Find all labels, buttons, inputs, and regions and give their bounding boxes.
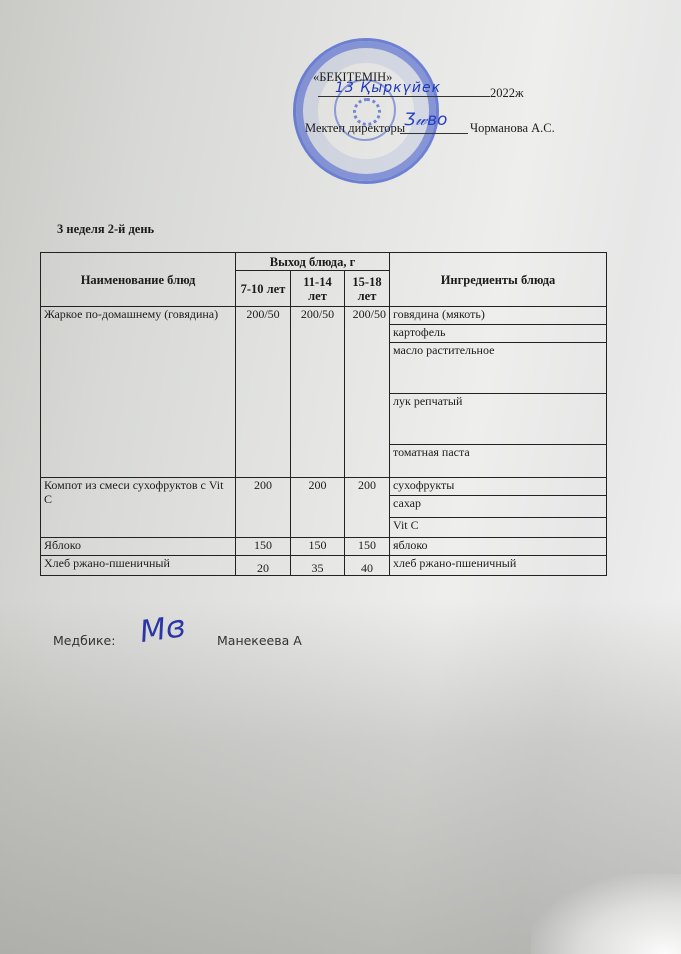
yield-15-18: 150 — [345, 538, 390, 556]
director-signature: Ʒ𝓌ʙo — [404, 110, 447, 130]
table-row: Компот из смеси сухофруктов с Vit C 200 … — [41, 478, 607, 496]
menu-table: Наименование блюд Выход блюда, г Ингреди… — [40, 252, 607, 576]
medic-name: Манекеева А — [217, 633, 302, 648]
ingredient: картофель — [390, 325, 607, 343]
yield-15-18: 200/50 — [345, 307, 390, 478]
approval-year: 2022ж — [490, 86, 524, 101]
dish-name: Яблоко — [41, 538, 236, 556]
yield-7-10: 200/50 — [236, 307, 291, 478]
header-age-11-14: 11-14 лет — [291, 271, 345, 307]
yield-7-10: 150 — [236, 538, 291, 556]
ingredient: говядина (мякоть) — [390, 307, 607, 325]
ingredient: сухофрукты — [390, 478, 607, 496]
dish-name: Компот из смеси сухофруктов с Vit C — [41, 478, 236, 538]
header-ingredients: Ингредиенты блюда — [390, 253, 607, 307]
yield-11-14: 150 — [291, 538, 345, 556]
director-label: Мектеп директоры — [305, 121, 405, 136]
ingredient: томатная паста — [390, 445, 607, 478]
header-yield-group: Выход блюда, г — [236, 253, 390, 271]
yield-15-18: 200 — [345, 478, 390, 538]
yield-11-14: 35 — [291, 556, 345, 576]
dish-name: Жаркое по-домашнему (говядина) — [41, 307, 236, 478]
photo-glare — [531, 874, 681, 954]
header-dish-name: Наименование блюд — [41, 253, 236, 307]
yield-11-14: 200 — [291, 478, 345, 538]
ingredient: Vit C — [390, 518, 607, 538]
yield-7-10: 200 — [236, 478, 291, 538]
table-row: Яблоко 150 150 150 яблоко — [41, 538, 607, 556]
medic-label: Медбике: — [53, 633, 115, 648]
medic-signature: Мɞ — [138, 609, 188, 650]
menu-day-title: 3 неделя 2-й день — [57, 222, 154, 237]
ingredient: лук репчатый — [390, 394, 607, 445]
dish-name: Хлеб ржано-пшеничный — [41, 556, 236, 576]
yield-15-18: 40 — [345, 556, 390, 576]
table-row: Хлеб ржано-пшеничный 20 35 40 хлеб ржано… — [41, 556, 607, 576]
table-row: Жаркое по-домашнему (говядина) 200/50 20… — [41, 307, 607, 325]
photo-shadow — [0, 600, 681, 954]
director-signature-line — [400, 133, 468, 134]
approval-date-handwritten: 13 Қыркүйек — [335, 80, 441, 96]
header-age-7-10: 7-10 лет — [236, 271, 291, 307]
director-name: Чорманова А.С. — [470, 121, 555, 136]
ingredient: сахар — [390, 496, 607, 518]
yield-7-10: 20 — [236, 556, 291, 576]
yield-11-14: 200/50 — [291, 307, 345, 478]
header-age-15-18: 15-18 лет — [345, 271, 390, 307]
ingredient: масло растительное — [390, 343, 607, 394]
approval-date-line — [318, 96, 490, 97]
ingredient: яблоко — [390, 538, 607, 556]
ingredient: хлеб ржано-пшеничный — [390, 556, 607, 576]
